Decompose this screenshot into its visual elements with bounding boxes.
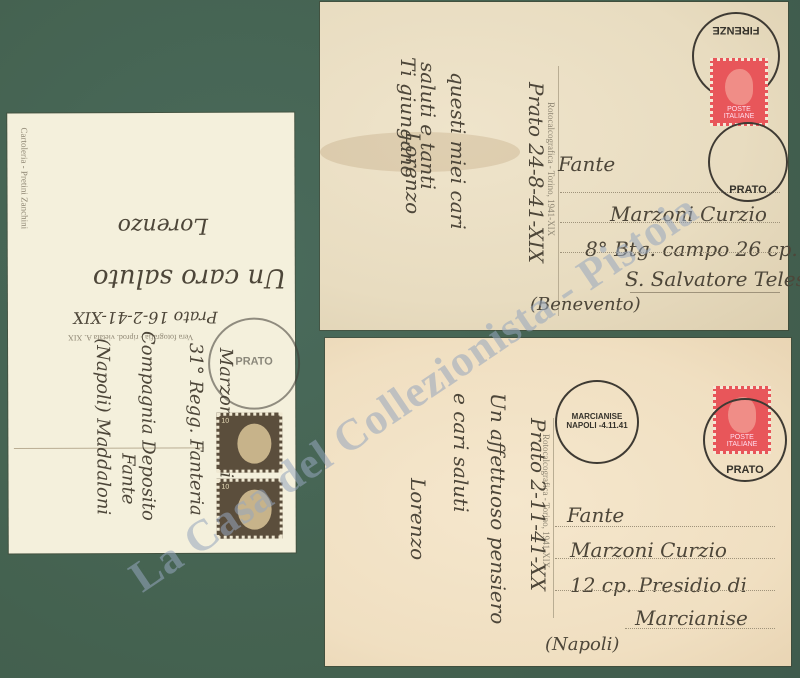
address-rule	[630, 292, 780, 293]
date: Prato 24-8-41-XIX	[524, 82, 548, 263]
signature: Lorenzo	[118, 213, 208, 238]
address-line: Fante	[558, 152, 615, 176]
signature: Lorenzo	[401, 132, 425, 214]
address-rule	[555, 558, 775, 559]
postmark-prato: PRATO	[703, 398, 787, 482]
date: Prato 16-2-41-XIX	[73, 308, 218, 328]
card-divider	[553, 418, 554, 618]
address-line: 12 cp. Presidio di	[570, 573, 747, 597]
address-line: 31° Regg. Fanteria	[185, 343, 207, 516]
message-line: questi miei cari	[446, 72, 470, 230]
address-line: Fante	[117, 453, 138, 505]
postmark-prato: PRATO	[708, 122, 788, 202]
signature: Lorenzo	[406, 478, 430, 560]
address-rule	[625, 628, 775, 629]
address-rule	[555, 590, 775, 591]
address-line: (Napoli) Maddaloni	[92, 338, 114, 515]
address-rule	[555, 526, 775, 527]
bottom-imprint: Vera fotografia - riprod. vietata A. XIX	[68, 333, 193, 342]
message-line: e cari saluti	[449, 393, 473, 513]
address-line: Marcianise	[635, 606, 748, 630]
postmark-marcianise: MARCIANISE NAPOLI -4.11.41	[555, 380, 639, 464]
greeting: Un caro saluto	[93, 263, 286, 294]
stamp-red: POSTE ITALIANE	[710, 58, 768, 126]
address-line: S. Salvatore Telesino	[625, 267, 800, 291]
address-line: Fante	[567, 503, 624, 527]
message-line: Un affettuoso pensiero	[486, 393, 510, 624]
address-line: (Napoli)	[545, 634, 619, 655]
printer-imprint: Cartoleria - Pretini Zanchini	[19, 127, 29, 229]
postmark: PRATO	[208, 317, 300, 409]
address-line: Compagnia Deposito	[137, 331, 159, 521]
date: Prato 2-11-41-XX	[526, 418, 550, 591]
